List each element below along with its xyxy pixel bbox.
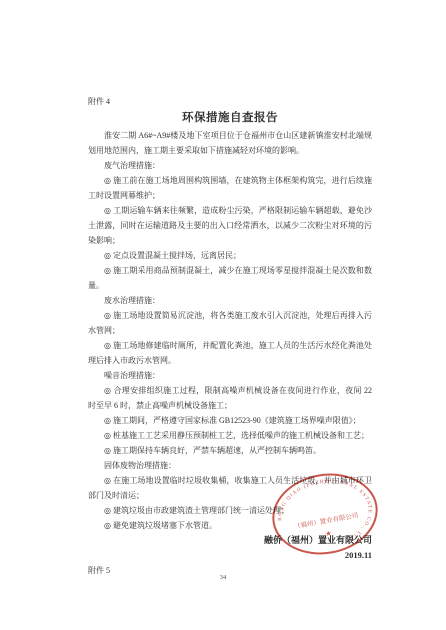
signature-company-name: 融侨（福州）置业有限公司 (88, 533, 372, 548)
measure-item: ◎ 在施工场地设置临时垃圾收集桶，收集施工人员生活垃圾，并由城市环卫部门及时清运… (88, 473, 372, 503)
document-body: 附件 4 环保措施自查报告 淮安二期 A6#~A9#楼及地下室项目位于仓福州市仓… (88, 95, 372, 578)
measure-item: ◎ 施工场地设置简易沉淀池，将各类施工废水引入沉淀池，处理后再排入污水管网； (88, 308, 372, 338)
measure-item: ◎ 定点设置混凝土搅拌场，远离居民； (88, 248, 372, 263)
signature-date: 2019.11 (88, 548, 372, 563)
document-page: 附件 4 环保措施自查报告 淮安二期 A6#~A9#楼及地下室项目位于仓福州市仓… (0, 0, 446, 630)
measure-item: ◎ 施工场地修建临时厕所，并配置化粪池，施工人员的生活污水经化粪池处理后排入市政… (88, 338, 372, 368)
measure-item: ◎ 施工期保持车辆良好，严禁车辆超速，从严控制车辆鸣笛。 (88, 443, 372, 458)
intro-paragraph: 淮安二期 A6#~A9#楼及地下室项目位于仓福州市仓山区建新镇淮安村北端规划用地… (88, 128, 372, 158)
section-3-heading: 噪音治理措施： (88, 368, 372, 383)
page-number: 34 (0, 574, 446, 581)
measure-item: ◎ 合理安排组织施工过程，限制高噪声机械设备在夜间进行作业，夜间 22 时至早 … (88, 383, 372, 413)
section-2-heading: 废水治理措施： (88, 293, 372, 308)
measure-item: ◎ 施工期采用商品预制混凝土，减少在施工现场零星搅拌混凝土是次数和数量。 (88, 263, 372, 293)
measure-item: ◎ 建筑垃圾由市政建筑渣土管理部门统一清运处理； (88, 503, 372, 518)
measure-item: ◎ 桩基施工工艺采用静压预制桩工艺，选择低噪声的施工机械设备和工艺； (88, 428, 372, 443)
section-1-heading: 废气治理措施： (88, 158, 372, 173)
measure-item: ◎ 避免建筑垃圾堵塞下水管道。 (88, 518, 372, 533)
measure-item: ◎ 施工前在施工场地周围构筑围墙，在建筑物主体框架构筑完，进行后续施工时设置网幕… (88, 173, 372, 203)
measure-item: ◎ 施工期间，严格遵守国家标准 GB12523-90《建筑施工场界噪声限值》； (88, 413, 372, 428)
attachment-label-top: 附件 4 (88, 95, 372, 108)
page-title: 环保措施自查报告 (88, 108, 372, 128)
section-4-heading: 固体废物治理措施： (88, 458, 372, 473)
measure-item: ◎ 工期运输车辆来往频繁，造成粉尘污染，严格限制运输车辆超载，避免沙土泄露，同时… (88, 203, 372, 248)
